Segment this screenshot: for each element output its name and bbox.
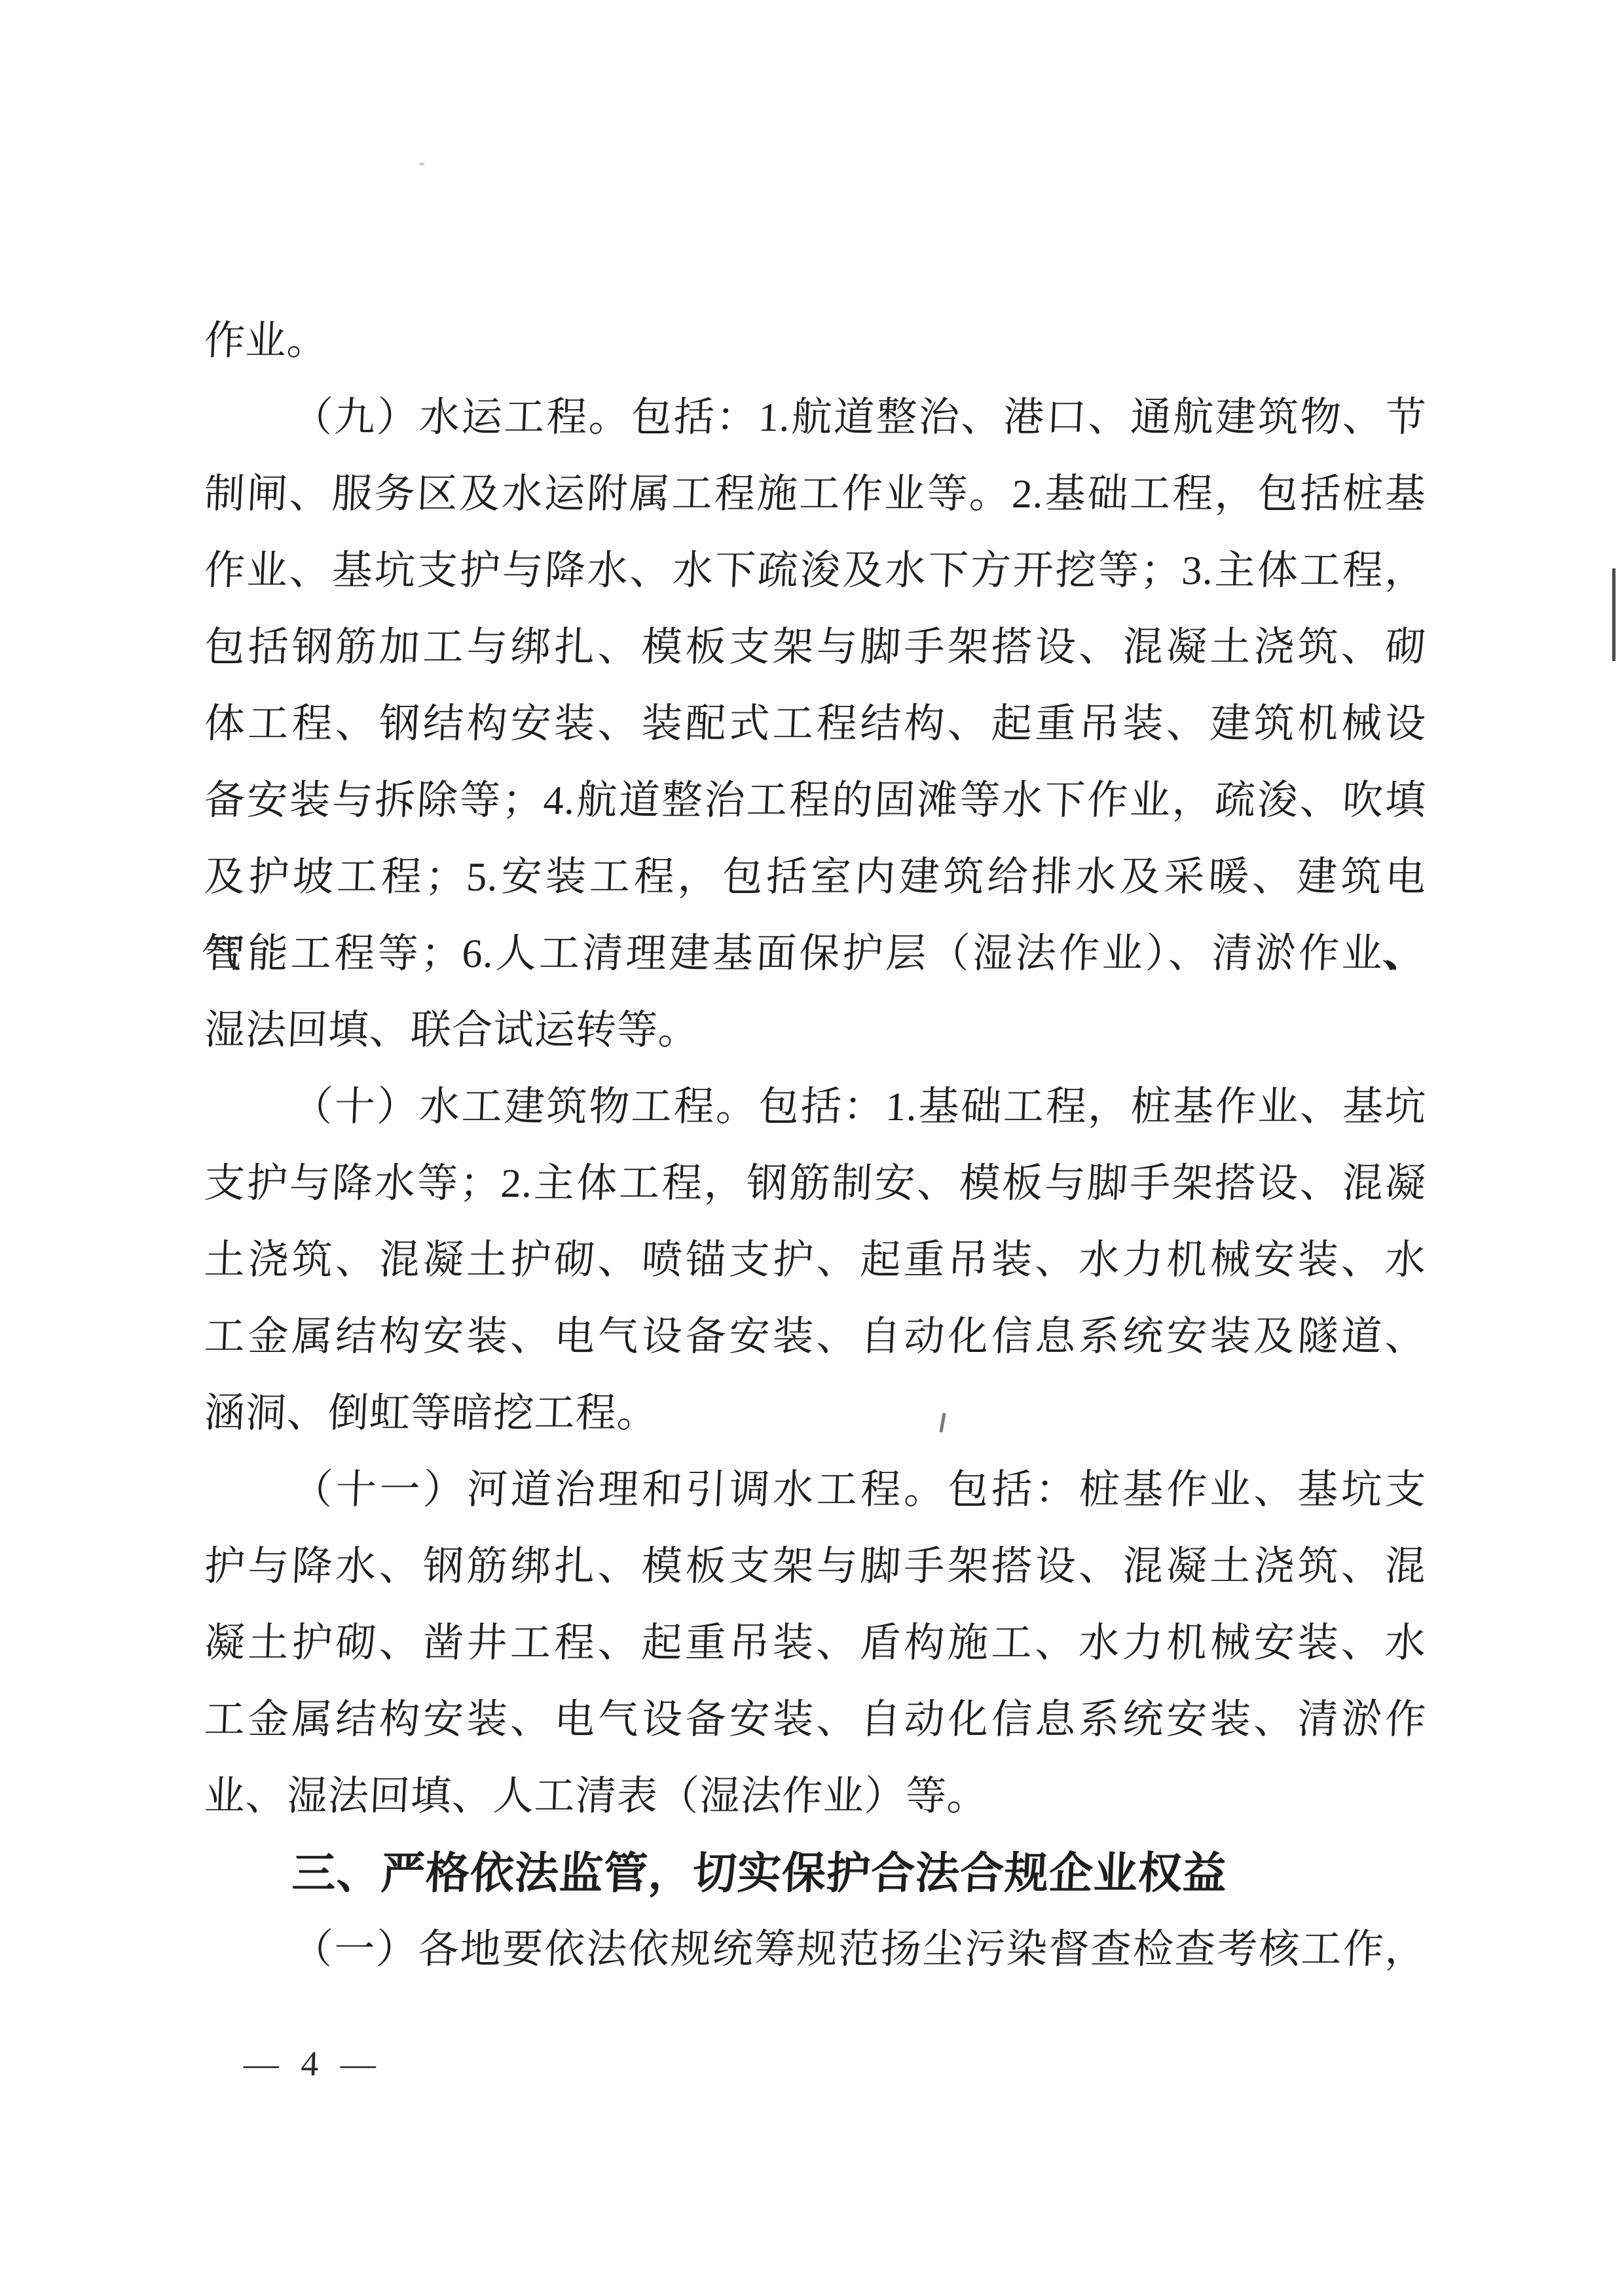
text-line: 备安装与拆除等；4.航道整治工程的固滩等水下作业，疏浚、吹填 [202,763,1428,839]
document-page: 作业。（九）水运工程。包括：1.航道整治、港口、通航建筑物、节制闸、服务区及水运… [0,0,1624,2296]
text-line: 制闸、服务区及水运附属工程施工作业等。2.基础工程，包括桩基 [202,456,1428,533]
text-line: 作业、基坑支护与降水、水下疏浚及水下方开挖等；3.主体工程， [202,533,1428,610]
text-line: （一）各地要依法依规统筹规范扬尘污染督查检查考核工作， [202,1912,1428,1988]
text-line: 湿法回填、联合试运转等。 [202,993,1428,1069]
text-line: 智能工程等；6.人工清理建基面保护层（湿法作业）、清淤作业、 [202,916,1428,993]
page-number: — 4 — [243,2044,383,2083]
text-line: 作业。 [202,303,1428,380]
text-line: 工金属结构安装、电气设备安装、自动化信息系统安装、清淤作 [202,1682,1428,1758]
text-line: 体工程、钢结构安装、装配式工程结构、起重吊装、建筑机械设 [202,686,1428,763]
text-line: 支护与降水等；2.主体工程，钢筋制安、模板与脚手架搭设、混凝 [202,1146,1428,1222]
text-line: 涵洞、倒虹等暗挖工程。 [202,1376,1428,1452]
text-line: （九）水运工程。包括：1.航道整治、港口、通航建筑物、节 [202,380,1428,456]
section-heading: 三、严格依法监管，切实保护合法合规企业权益 [202,1835,1428,1912]
scan-edge-artifact [1612,568,1615,661]
text-line: 土浇筑、混凝土护砌、喷锚支护、起重吊装、水力机械安装、水 [202,1222,1428,1299]
text-line: （十一）河道治理和引调水工程。包括：桩基作业、基坑支 [202,1452,1428,1529]
text-line: 包括钢筋加工与绑扎、模板支架与脚手架搭设、混凝土浇筑、砌 [202,610,1428,686]
text-line: 业、湿法回填、人工清表（湿法作业）等。 [202,1758,1428,1835]
text-line: （十）水工建筑物工程。包括：1.基础工程，桩基作业、基坑 [202,1069,1428,1146]
text-line: 凝土护砌、凿井工程、起重吊装、盾构施工、水力机械安装、水 [202,1605,1428,1682]
text-line: 工金属结构安装、电气设备安装、自动化信息系统安装及隧道、 [202,1299,1428,1376]
scan-speck-artifact [419,162,424,166]
text-column: 作业。（九）水运工程。包括：1.航道整治、港口、通航建筑物、节制闸、服务区及水运… [204,303,1426,1988]
text-line: 护与降水、钢筋绑扎、模板支架与脚手架搭设、混凝土浇筑、混 [202,1529,1428,1605]
text-line: 及护坡工程；5.安装工程，包括室内建筑给排水及采暖、建筑电气、 [202,839,1428,916]
